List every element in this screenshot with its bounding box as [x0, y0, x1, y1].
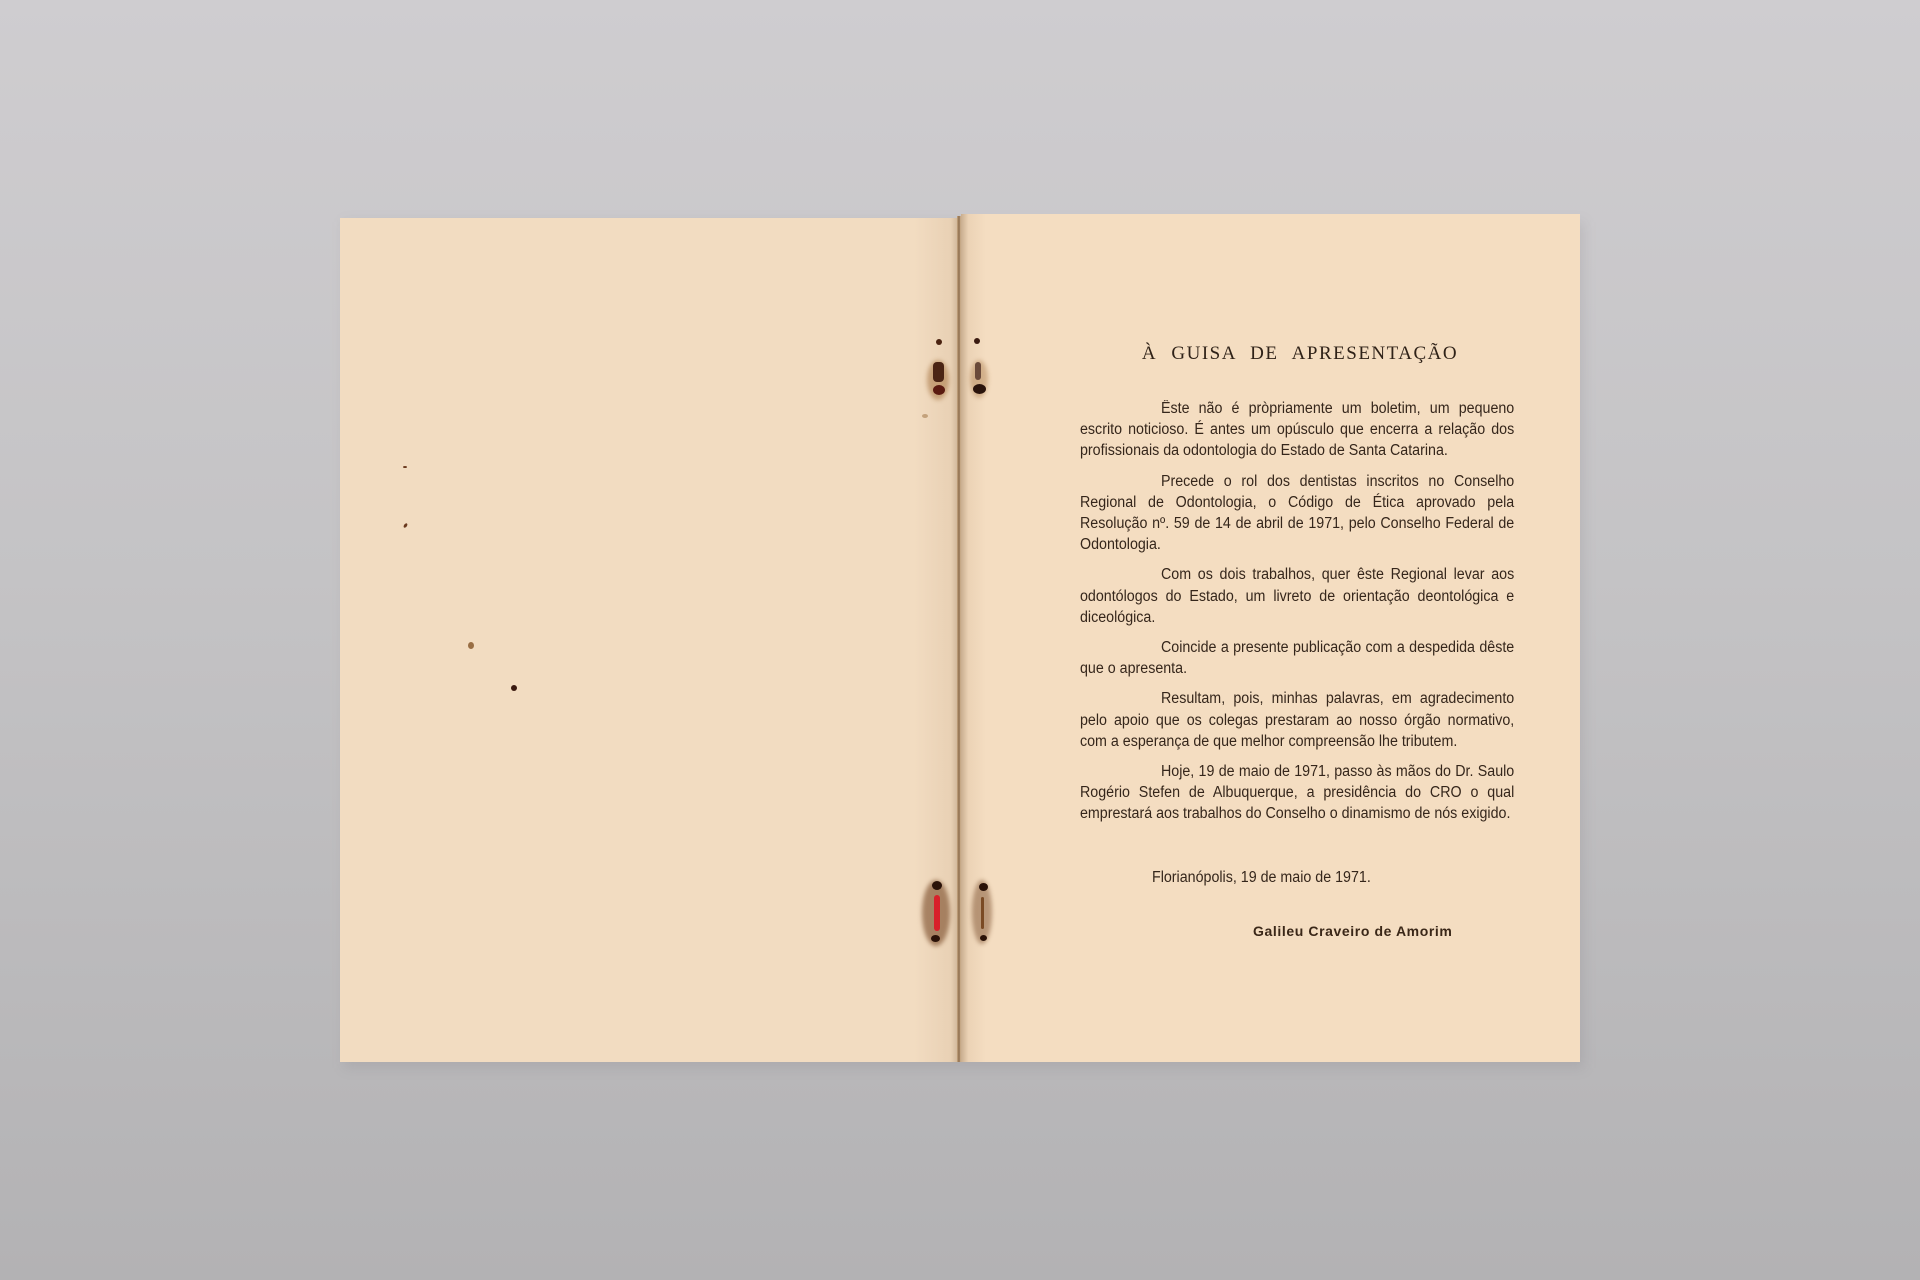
staple-hole-icon — [936, 339, 942, 345]
body-text: Êste não é pròpriamente um boletim, um p… — [1080, 398, 1514, 834]
paragraph: Coincide a presente publicação com a des… — [1080, 637, 1514, 679]
staple-hole-icon — [931, 935, 940, 942]
staple-hole-icon — [973, 384, 986, 394]
paper-speck — [468, 642, 474, 649]
spine-fold — [957, 216, 961, 1062]
signature: Galileu Craveiro de Amorim — [1253, 923, 1452, 939]
paragraph: Precede o rol dos dentistas inscritos no… — [1080, 471, 1514, 556]
staple-hole-icon — [975, 362, 981, 380]
staple-hole-icon — [980, 935, 987, 941]
paragraph: Hoje, 19 de maio de 1971, passo às mãos … — [1080, 761, 1514, 825]
paper-speck — [403, 466, 407, 468]
left-page — [340, 218, 957, 1062]
staple-hole-icon — [979, 883, 988, 891]
thread-icon — [934, 895, 940, 931]
paragraph: Resultam, pois, minhas palavras, em agra… — [1080, 688, 1514, 752]
staple-hole-icon — [932, 881, 942, 890]
staple-hole-icon — [933, 385, 945, 395]
staple-hole-icon — [974, 338, 980, 344]
paragraph: Êste não é pròpriamente um boletim, um p… — [1080, 398, 1514, 462]
paper-speck — [403, 523, 408, 529]
paragraph: Com os dois trabalhos, quer êste Regiona… — [1080, 564, 1514, 628]
paper-speck — [922, 414, 928, 418]
page-title: À GUISA DE APRESENTAÇÃO — [1080, 343, 1520, 365]
staple-hole-icon — [981, 897, 984, 929]
paper-speck — [511, 685, 517, 691]
place-date: Florianópolis, 19 de maio de 1971. — [1152, 869, 1371, 887]
staple-hole-icon — [933, 362, 944, 382]
